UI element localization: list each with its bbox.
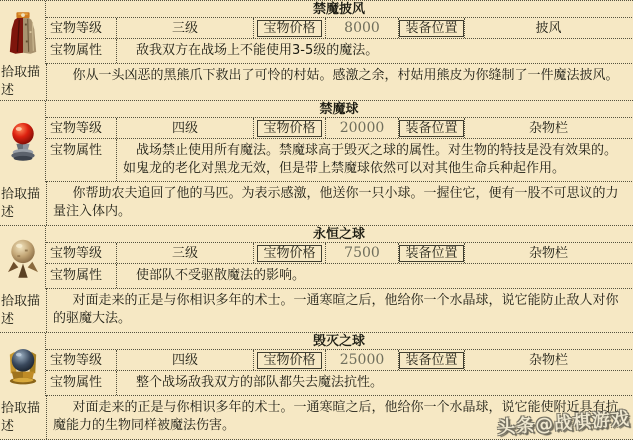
- slot-value: 杂物栏: [464, 350, 632, 370]
- artifact-title: 禁魔披风: [46, 1, 632, 18]
- artifact-stats-row: 宝物等级 四级 宝物价格 25000 装备位置 杂物栏: [46, 350, 632, 371]
- level-label: 宝物等级: [46, 118, 116, 138]
- attr-label: 宝物属性: [46, 264, 116, 288]
- price-label-cell: 宝物价格: [253, 118, 325, 138]
- artifact-attr-row: 宝物属性 使部队不受驱散魔法的影响。: [46, 264, 632, 289]
- price-label: 宝物价格: [257, 245, 321, 262]
- level-label: 宝物等级: [46, 350, 116, 370]
- price-label-cell: 宝物价格: [253, 18, 325, 38]
- slot-label-cell: 装备位置: [398, 350, 464, 370]
- price-label: 宝物价格: [257, 120, 321, 137]
- artifact-title: 禁魔球: [46, 101, 632, 118]
- tan-orb-icon: [8, 236, 38, 280]
- artifact-section-tan-orb: 永恒之球 宝物等级 三级 宝物价格 7500 装备位置 杂物栏 宝物属性 使部队…: [0, 226, 633, 333]
- pickup-text: 对面走来的正是与你相识多年的术士。一通寒暄之后，他给你一个水晶球，说它能使附近具…: [46, 396, 632, 439]
- slot-label: 装备位置: [399, 352, 463, 369]
- artifact-attr-row: 宝物属性 战场禁止使用所有魔法。禁魔球高于毁灭之球的属性。对生物的特技是没有效果…: [46, 139, 632, 182]
- attr-text: 整个战场敌我双方的部队都失去魔法抗性。: [116, 371, 632, 395]
- slot-label: 装备位置: [399, 20, 463, 37]
- price-value: 25000: [325, 350, 398, 370]
- price-label: 宝物价格: [257, 20, 321, 37]
- artifact-stats-row: 宝物等级 三级 宝物价格 8000 装备位置 披风: [46, 18, 632, 39]
- attr-text: 敌我双方在战场上不能使用3-5级的魔法。: [116, 39, 632, 63]
- price-label: 宝物价格: [257, 352, 321, 369]
- price-value: 20000: [325, 118, 398, 138]
- level-value: 三级: [116, 243, 253, 263]
- level-value: 四级: [116, 118, 253, 138]
- slot-label-cell: 装备位置: [398, 243, 464, 263]
- slot-label-cell: 装备位置: [398, 18, 464, 38]
- attr-label: 宝物属性: [46, 371, 116, 395]
- pickup-label: 拾取描述: [0, 396, 46, 439]
- artifact-title: 永恒之球: [46, 226, 632, 243]
- slot-value: 杂物栏: [464, 243, 632, 263]
- pickup-text: 你从一头凶恶的黑熊爪下救出了可怜的村姑。感激之余，村姑用熊皮为你缝制了一件魔法披…: [46, 64, 632, 100]
- price-value: 7500: [325, 243, 398, 263]
- price-value: 8000: [325, 18, 398, 38]
- slot-value: 杂物栏: [464, 118, 632, 138]
- price-label-cell: 宝物价格: [253, 350, 325, 370]
- artifact-title: 毁灭之球: [46, 333, 632, 350]
- artifact-icon-cell: [0, 226, 46, 289]
- price-label-cell: 宝物价格: [253, 243, 325, 263]
- pickup-label: 拾取描述: [0, 182, 46, 225]
- level-label: 宝物等级: [46, 18, 116, 38]
- artifact-section-cloak: 禁魔披风 宝物等级 三级 宝物价格 8000 装备位置 披风 宝物属性 敌我双方…: [0, 1, 633, 101]
- artifact-table: 禁魔披风 宝物等级 三级 宝物价格 8000 装备位置 披风 宝物属性 敌我双方…: [0, 0, 633, 440]
- artifact-icon-cell: [0, 101, 46, 182]
- slot-label: 装备位置: [399, 120, 463, 137]
- attr-text: 使部队不受驱散魔法的影响。: [116, 264, 632, 288]
- artifact-stats-row: 宝物等级 四级 宝物价格 20000 装备位置 杂物栏: [46, 118, 632, 139]
- pickup-text: 对面走来的正是与你相识多年的术士。一通寒暄之后，他给你一个水晶球，说它能防止敌人…: [46, 289, 632, 332]
- pickup-label: 拾取描述: [0, 289, 46, 332]
- cloak-icon: [7, 10, 39, 56]
- artifact-stats-row: 宝物等级 三级 宝物价格 7500 装备位置 杂物栏: [46, 243, 632, 264]
- pickup-label: 拾取描述: [0, 64, 46, 100]
- artifact-icon-cell: [0, 1, 46, 64]
- artifact-attr-row: 宝物属性 整个战场敌我双方的部队都失去魔法抗性。: [46, 371, 632, 396]
- artifact-section-red-orb: 禁魔球 宝物等级 四级 宝物价格 20000 装备位置 杂物栏 宝物属性 战场禁…: [0, 101, 633, 226]
- attr-text: 战场禁止使用所有魔法。禁魔球高于毁灭之球的属性。对生物的特技是没有效果的。如鬼龙…: [116, 139, 632, 181]
- red-orb-icon: [9, 121, 37, 163]
- pickup-text: 你帮助农夫追回了他的马匹。为表示感激，他送你一只小球。一握住它，便有一股不可思议…: [46, 182, 632, 225]
- artifact-attr-row: 宝物属性 敌我双方在战场上不能使用3-5级的魔法。: [46, 39, 632, 64]
- attr-label: 宝物属性: [46, 139, 116, 181]
- slot-value: 披风: [464, 18, 632, 38]
- attr-label: 宝物属性: [46, 39, 116, 63]
- slot-label-cell: 装备位置: [398, 118, 464, 138]
- level-value: 四级: [116, 350, 253, 370]
- artifact-icon-cell: [0, 333, 46, 396]
- level-value: 三级: [116, 18, 253, 38]
- level-label: 宝物等级: [46, 243, 116, 263]
- artifact-section-dark-orb: 毁灭之球 宝物等级 四级 宝物价格 25000 装备位置 杂物栏 宝物属性 整个…: [0, 333, 633, 440]
- slot-label: 装备位置: [399, 245, 463, 262]
- dark-orb-icon: [7, 343, 39, 387]
